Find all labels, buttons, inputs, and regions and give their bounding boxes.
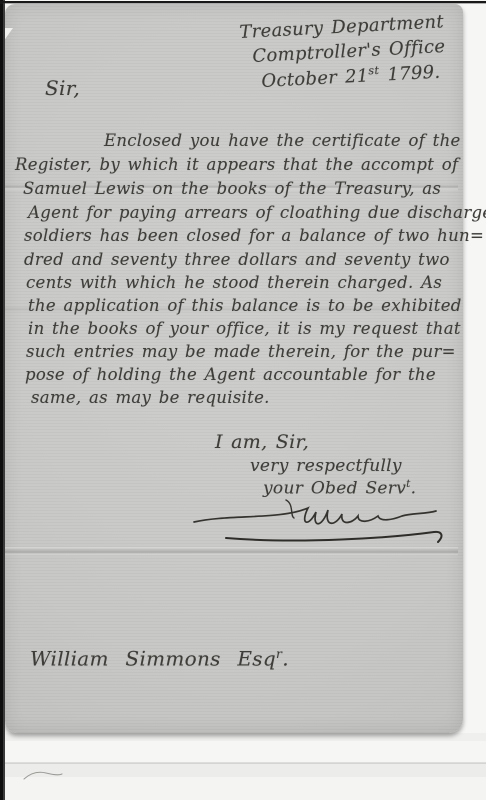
backing-sheet-edge <box>0 762 486 764</box>
body-line: Samuel Lewis on the books of the Treasur… <box>23 179 441 198</box>
signature-scrawl <box>190 494 450 546</box>
header-date-ordinal: st <box>368 64 379 78</box>
body-line: such entries may be made therein, for th… <box>26 342 456 361</box>
addressee-line: William Simmons Esqr. <box>30 646 289 671</box>
closing-line-2: very respectfully <box>250 456 402 476</box>
body-line: Register, by which it appears that the a… <box>15 155 458 174</box>
body-line: same, as may be requisite. <box>31 388 270 407</box>
body-line: pose of holding the Agent accountable fo… <box>25 365 436 384</box>
stray-pen-mark <box>22 768 64 782</box>
body-line: dred and seventy three dollars and seven… <box>24 250 450 269</box>
film-edge-top <box>0 1 486 4</box>
film-edge-left <box>0 0 5 800</box>
scanned-letter-page: Treasury Department Comptroller's Office… <box>0 0 486 800</box>
body-line: cents with which he stood therein charge… <box>26 273 442 292</box>
body-line: Enclosed you have the certificate of the <box>104 131 461 150</box>
closing-line-1: I am, Sir, <box>215 431 309 453</box>
addressee-period: . <box>282 647 289 671</box>
body-line: soldiers has been closed for a balance o… <box>24 226 484 245</box>
body-line: Agent for paying arrears of cloathing du… <box>28 203 486 222</box>
header-date-year: 1799. <box>379 62 441 86</box>
addressee-name: William Simmons Esq <box>30 647 276 671</box>
salutation: Sir, <box>45 76 80 100</box>
scanner-backing <box>5 733 486 800</box>
body-line: in the books of your office, it is my re… <box>28 319 461 338</box>
body-line: the application of this balance is to be… <box>28 296 462 315</box>
